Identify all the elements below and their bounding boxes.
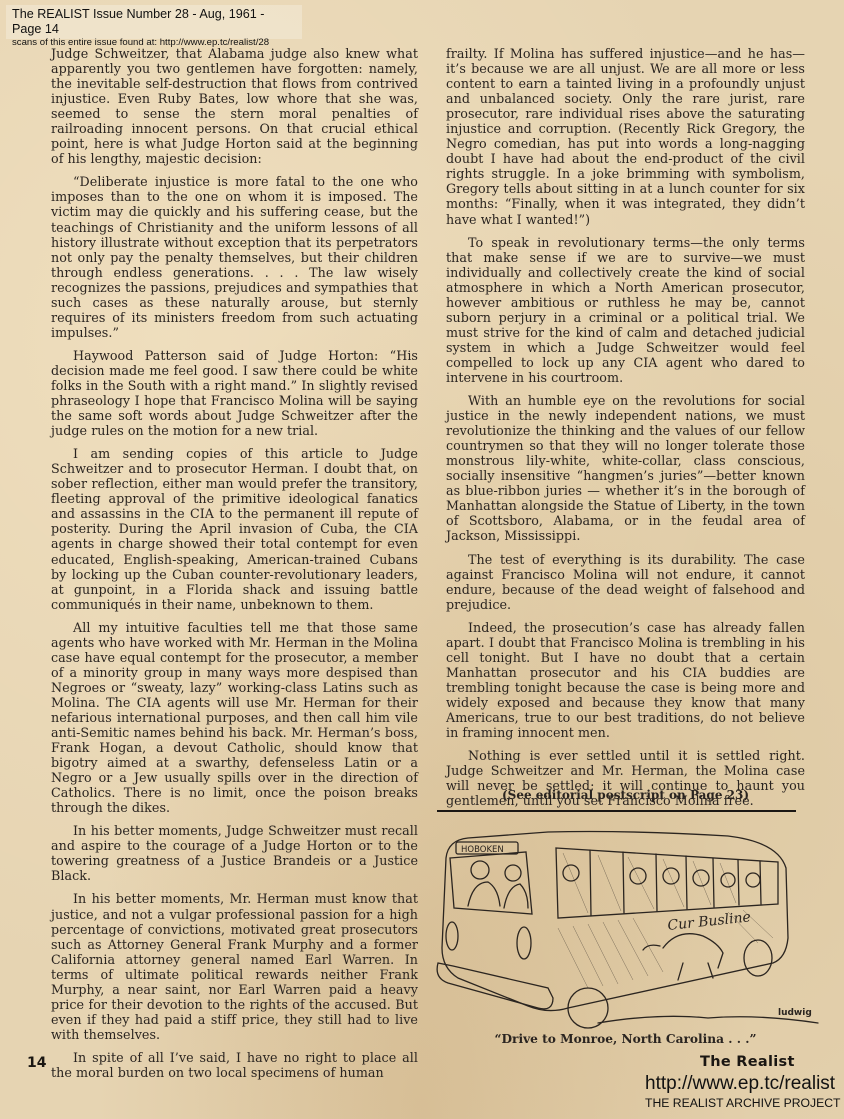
paragraph: Haywood Patterson said of Judge Horton: … <box>51 348 418 438</box>
archive-banner: The REALIST Issue Number 28 - Aug, 1961 … <box>6 5 302 39</box>
paragraph: To speak in revolutionary terms—the only… <box>446 235 805 385</box>
left-column: Judge Schweitzer, that Alabama judge als… <box>51 46 418 1088</box>
bus-side-lettering: Cur Busline <box>667 909 752 934</box>
section-divider <box>437 810 796 812</box>
paragraph: In spite of all I’ve said, I have no rig… <box>51 1050 418 1080</box>
paragraph: “Deliberate injustice is more fatal to t… <box>51 174 418 340</box>
paragraph: The test of everything is its durability… <box>446 552 805 612</box>
archive-project-name: THE REALIST ARCHIVE PROJECT <box>645 1096 841 1110</box>
paragraph: With an humble eye on the revolutions fo… <box>446 393 805 543</box>
paragraph: Judge Schweitzer, that Alabama judge als… <box>51 46 418 166</box>
paragraph: Indeed, the prosecution’s case has alrea… <box>446 620 805 740</box>
cartoon-caption: “Drive to Monroe, North Carolina . . .” <box>446 1032 805 1046</box>
paragraph: frailty. If Molina has suffered injustic… <box>446 46 805 227</box>
editorial-postscript-note: (See editorial postscript on Page 23) <box>446 788 805 802</box>
right-column: frailty. If Molina has suffered injustic… <box>446 46 805 816</box>
paragraph: In his better moments, Judge Schweitzer … <box>51 823 418 883</box>
banner-title: The REALIST Issue Number 28 - Aug, 1961 … <box>12 7 296 37</box>
paragraph: I am sending copies of this article to J… <box>51 446 418 612</box>
bus-cartoon-illustration: HOBOKEN Cur Busline ludwig <box>428 818 838 1032</box>
bus-destination-sign: HOBOKEN <box>461 845 504 855</box>
artist-signature: ludwig <box>778 1008 812 1018</box>
magazine-masthead: The Realist <box>700 1054 795 1070</box>
paragraph: In his better moments, Mr. Herman must k… <box>51 891 418 1041</box>
page-number: 14 <box>27 1055 46 1071</box>
archive-url-link[interactable]: http://www.ep.tc/realist <box>645 1073 835 1095</box>
paragraph: All my intuitive faculties tell me that … <box>51 620 418 816</box>
